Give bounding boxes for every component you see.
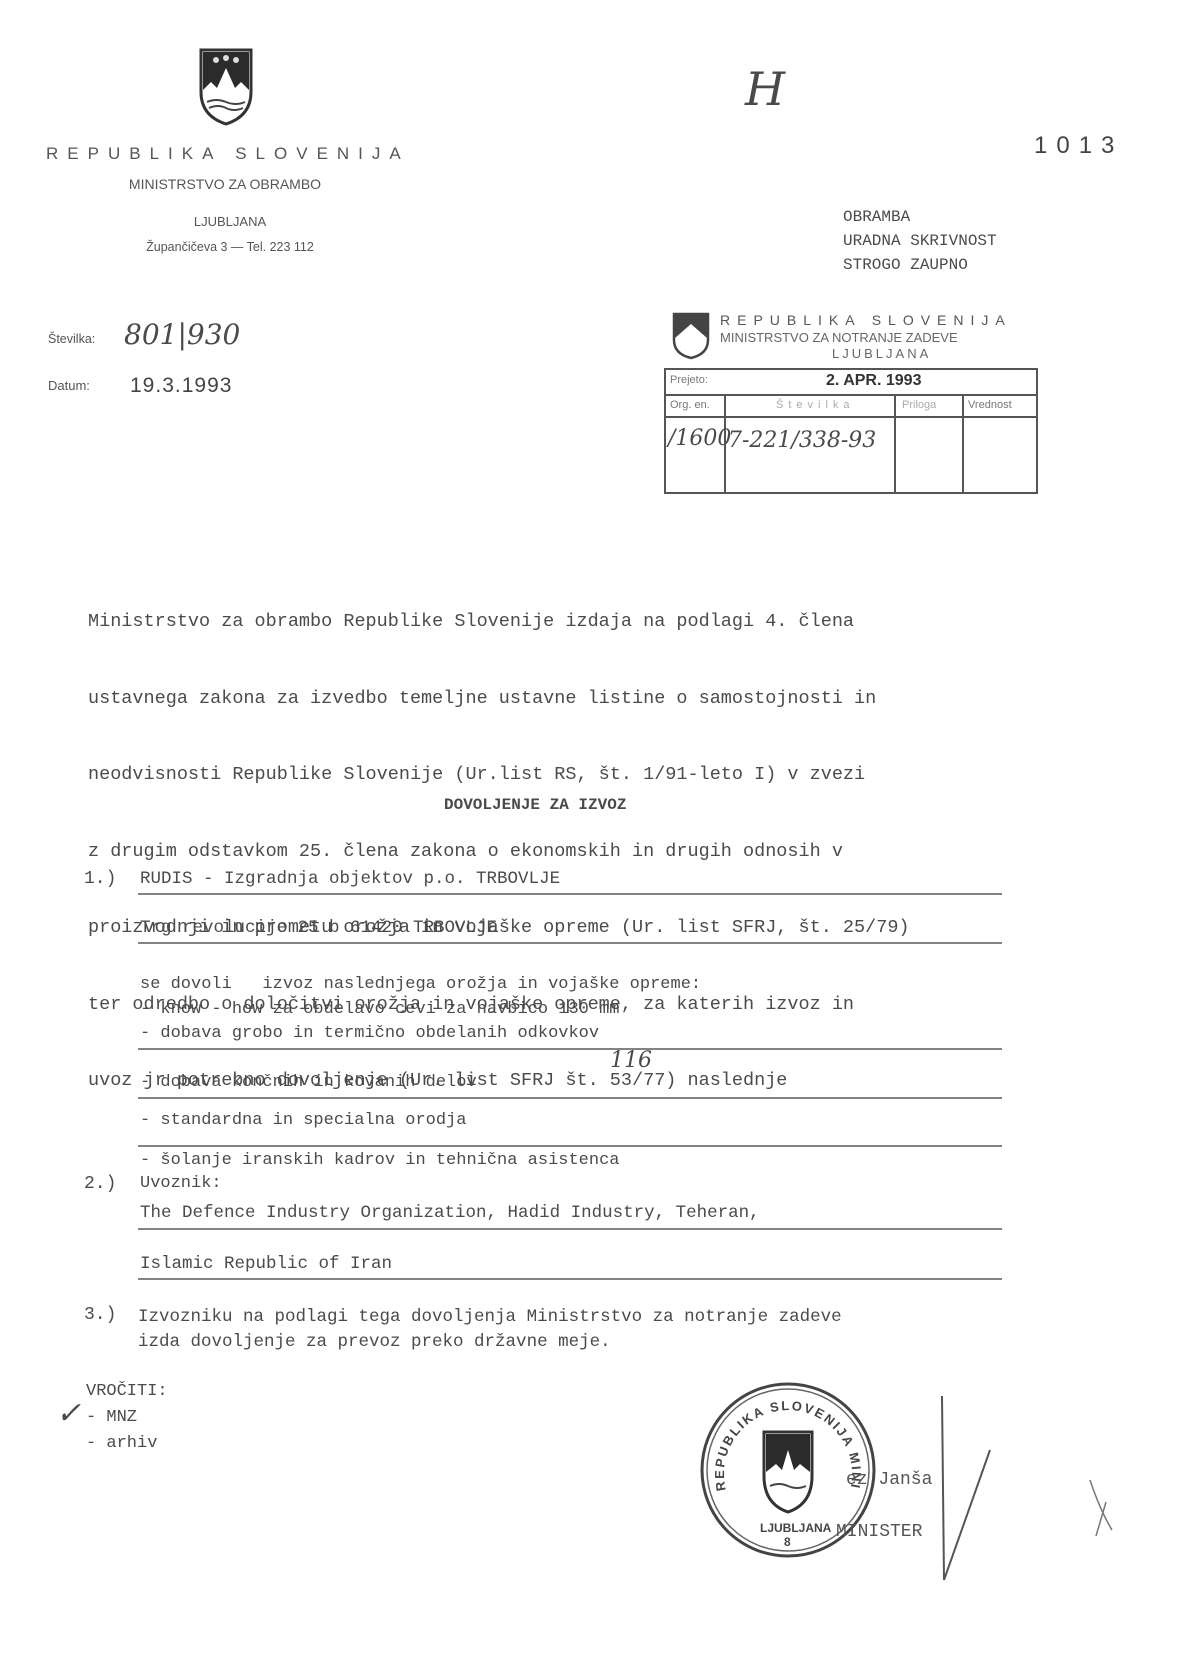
- importer-label: Uvoznik:: [140, 1174, 222, 1193]
- signatory-title: MINISTER: [836, 1522, 922, 1542]
- preamble-line: neodvisnosti Republike Slovenije (Ur.lis…: [88, 762, 910, 788]
- letterhead-ministry: MINISTRSTVO ZA OBRAMBO: [60, 176, 390, 192]
- underline: [138, 1145, 1002, 1147]
- number-value: 801|930: [124, 318, 240, 351]
- stamp-emblem-icon: [672, 312, 710, 360]
- underline: [138, 942, 1002, 944]
- seal-city: LJUBLJANA: [760, 1521, 832, 1535]
- classification-line: URADNA SKRIVNOST: [843, 229, 997, 253]
- section-3-line-1: Izvozniku na podlagi tega dovoljenja Min…: [138, 1307, 842, 1327]
- export-item: - standardna in specialna orodja: [140, 1111, 466, 1130]
- preamble-line: ustavnega zakona za izvedbo temeljne ust…: [88, 686, 910, 712]
- received-date: 2. APR. 1993: [826, 372, 921, 390]
- section-1-number: 1.): [84, 869, 116, 889]
- received-label: Prejeto:: [670, 374, 708, 386]
- stamp-country: REPUBLIKA SLOVENIJA: [720, 312, 1012, 328]
- export-item: - dobava končnih in kovanih delov: [140, 1073, 477, 1092]
- classification-block: OBRAMBA URADNA SKRIVNOST STROGO ZAUPNO: [843, 205, 997, 277]
- exporter-address: Trg revolucije 25 b 61420 TRBOVLJE: [140, 918, 497, 938]
- underline: [138, 893, 1002, 895]
- exporter-name: RUDIS - Izgradnja objektov p.o. TRBOVLJE: [140, 869, 560, 889]
- underline: [138, 1228, 1002, 1230]
- column-value: Vrednost: [968, 399, 1012, 411]
- number-label: Številka:: [48, 332, 95, 346]
- letterhead-address: Župančičeva 3 — Tel. 223 112: [90, 240, 370, 254]
- handwritten-mark: H: [745, 62, 785, 116]
- signatory-name: ez Janša: [846, 1470, 932, 1490]
- document-number: 1013: [1034, 132, 1123, 160]
- received-stamp: REPUBLIKA SLOVENIJA MINISTRSTVO ZA NOTRA…: [672, 310, 1052, 490]
- stamp-table: Prejeto: 2. APR. 1993 Org. en. Številka …: [664, 368, 1038, 494]
- delivery-recipient: - arhiv: [86, 1434, 157, 1453]
- export-item: - šolanje iranskih kadrov in tehnična as…: [140, 1151, 619, 1170]
- date-value: 19.3.1993: [130, 374, 232, 398]
- export-item: - know - how za obdelavo cevi za havbico…: [140, 1000, 619, 1019]
- classification-line: STROGO ZAUPNO: [843, 253, 997, 277]
- underline: [138, 1048, 1002, 1050]
- stamp-city: LJUBLJANA: [832, 346, 931, 361]
- section-2-number: 2.): [84, 1174, 116, 1194]
- column-number: Številka: [776, 399, 855, 411]
- delivery-recipient: - MNZ: [86, 1408, 137, 1427]
- column-org: Org. en.: [670, 399, 710, 411]
- org-unit: /1600: [668, 426, 731, 451]
- letterhead-city: LJUBLJANA: [100, 214, 360, 229]
- document-heading: DOVOLJENJE ZA IZVOZ: [444, 796, 626, 814]
- underline: [138, 1097, 1002, 1099]
- column-attachment: Priloga: [902, 399, 936, 411]
- file-number: 7-221/338-93: [728, 428, 876, 453]
- underline: [138, 1278, 1002, 1280]
- importer-line-1: The Defence Industry Organization, Hadid…: [140, 1203, 760, 1223]
- section-3-number: 3.): [84, 1305, 116, 1325]
- seal-number: 8: [784, 1535, 791, 1549]
- signature-scribble: [930, 1390, 1130, 1595]
- preamble-line: z drugim odstavkom 25. člena zakona o ek…: [88, 839, 910, 865]
- date-label: Datum:: [48, 378, 90, 393]
- delivery-label: VROČITI:: [86, 1382, 168, 1401]
- preamble-line: Ministrstvo za obrambo Republike Sloveni…: [88, 609, 910, 635]
- section-3-line-2: izda dovoljenje za prevoz preko državne …: [138, 1332, 611, 1352]
- importer-line-2: Islamic Republic of Iran: [140, 1254, 392, 1274]
- permit-intro: se dovoli izvoz naslednjega orožja in vo…: [140, 975, 701, 994]
- checkmark-icon: ✓: [56, 1396, 81, 1431]
- letterhead-country: REPUBLIKA SLOVENIJA: [46, 144, 410, 164]
- coat-of-arms-icon: [197, 46, 255, 126]
- stamp-ministry: MINISTRSTVO ZA NOTRANJE ZADEVE: [720, 330, 958, 345]
- handwritten-note: 116: [610, 1048, 652, 1073]
- export-item: - dobava grobo in termično obdelanih odk…: [140, 1024, 599, 1043]
- classification-line: OBRAMBA: [843, 205, 997, 229]
